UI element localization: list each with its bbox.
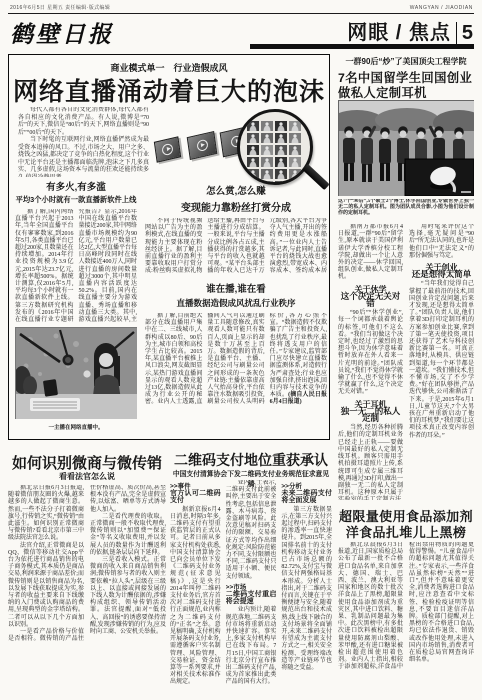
section-title: 网眼 / 焦点5 [347, 16, 474, 45]
folio-english: WANGYAN / JIAODIAN [410, 5, 473, 11]
qrcode-c2-body1: 业内人士表示,二维码支付此前被叫停,主要出于安全性考虑,包括信息泄露、木马病毒、… [226, 480, 277, 581]
subhead-erji-title: 独一无二的私人定制 [338, 408, 403, 422]
earphone-inset-photo [405, 159, 474, 196]
qrcode-col-2: 业内人士表示,二维码支付此前被叫停,主要出于安全性考虑,包括信息泄露、木马病毒、… [226, 480, 277, 696]
webcam-tile [261, 169, 273, 179]
play-icon [161, 143, 173, 156]
webcam-tile [261, 133, 273, 143]
startup-col-2: 用时髦来评价这个选择,毫无疑问是“90后”所无法认同的,也许是他们口中“无法定义… [409, 224, 474, 500]
lead-headline: 网络直播涌动着巨大的泡沫 [9, 72, 329, 108]
sec2-body-text: 不同于传统视频网站以广告为主的盈利模式,在线直播的变现能力主要体现在粉丝经济上。… [145, 218, 327, 282]
qrcode-c2-body2: 业内预计,随着规范落地,二维码支付市场将重新启动并快速扩容。事实上,多家支付机构… [226, 607, 277, 686]
sec2-body: 不同于传统视频网站以广告为主的盈利模式,在线直播的变现能力主要体现在粉丝经济上。… [145, 218, 327, 282]
startup-headline-2: 做私人定制耳机 [338, 83, 427, 101]
header-rule [8, 13, 474, 14]
startup-c1-p1: 据南方都市报6月4日报道,一群“90后”留学生,原本就读于美国伊利诺伊大学香槟分… [338, 224, 403, 282]
weishang-p2: 法官介绍,正常微商是以QQ、微信等移动社交App平台为依托进行商品销售的电子商务… [8, 543, 84, 629]
masthead-logo: 鹤壁日报 [10, 16, 114, 49]
sec1-body-text: 据了解,国内网络直播平台兴起于2013年,当年全国直播平台仅有寥寥数家,到201… [15, 209, 137, 327]
webcam-tile [275, 157, 287, 167]
page-number: 5 [456, 22, 474, 44]
webcam-tile [247, 121, 259, 131]
tag-market-title: 二维码支付重启 将会提速 [226, 591, 277, 605]
qrcode-body: >>事件 官方认可二维码支付 据新京报6月4日消息,时隔3年多,二维码支付有望重… [170, 480, 332, 696]
lead-section-3: 谁在播,谁在看 直播数据造假成风扰乱行业秩序 据了解,目前绝大部分在线直播用户集… [145, 281, 327, 433]
webcam-tile [275, 133, 287, 143]
sec2-subtitle: 变现能力靠粉丝打赏分成 [145, 199, 327, 214]
subhead-chuangye-title: 还是想得太简单 [409, 271, 474, 278]
sec2-title: 怎么赏,怎么赚 [145, 183, 327, 197]
monitor-screen [154, 136, 181, 162]
weishang-article: 如何识别微商与微传销 看看法官怎么说 据北京日报6月3日报道,随着微信朋友圈的火… [8, 448, 166, 698]
date-line: 2016年6月5日 星期五 责任编辑·版式编辑 [10, 4, 110, 11]
header-thick-bar [250, 44, 474, 49]
weishang-subtitle: 看看法官怎么说 [8, 471, 166, 482]
sec3-body: 据了解,目前绝大部分在线直播用户集中在二、三线城市,人群构成以80后、90后为主… [145, 313, 327, 433]
webcam-tile [247, 169, 259, 179]
startup-c2-p2: “当年我们觉得自己掌握了最前沿的技术,回国创业肯定没问题,后来才发现,还是想得太… [409, 281, 474, 439]
weishang-p5: 三是看收入模式。正常微商的收入来自商品销售利润;微传销参与者的收入则主要依赖“拉… [90, 557, 166, 636]
group-photo-caption: 这7个“90后”,5个硕士2个博士,休学回国创业,专做世界上独一无二的私人定制耳… [338, 199, 474, 222]
lead-section-1: 有多火,有多滥 平均3个小时就有一款直播新软件上线 据了解,国内网络直播平台兴起… [15, 179, 137, 327]
startup-c1-p3: 当然,经历各种折腾后,他们的定制耳机业务已经走上正轨——要做中国最好的私人定制无… [338, 425, 403, 500]
sec3-body-text: 据了解,目前绝大部分在线直播用户集中在二、三线城市,人群构成以80后、90后为主… [145, 313, 327, 407]
lead-section-2: 怎么赏,怎么赚 变现能力靠粉丝打赏分成 不同于传统视频网站以广告为主的盈利模式,… [145, 183, 327, 282]
webcam-tile [247, 133, 259, 143]
lead-article: 商业模式单一 行业造假成风 网络直播涌动着巨大的泡沫 每代人都有各自的文化消费群… [8, 54, 330, 440]
webcam-tile [261, 121, 273, 131]
weishang-body: 据北京日报6月3日报道,随着微信朋友圈的火爆,越来越多的人做起了微商生意。然而,… [8, 485, 166, 696]
play-icon [196, 139, 208, 152]
weishang-p1: 据北京日报6月3日报道,随着微信朋友圈的火爆,越来越多的人做起了微商生意。然而,… [8, 485, 84, 543]
startup-c2-p1: 用时髦来评价这个选择,毫无疑问是“90后”所无法认同的,也许是他们口中“无法定义… [409, 224, 474, 260]
startup-c1-p2: “90后”“休学创业”,每一个词都承载着舆论的标签,可他们不这么看。“我们当初做… [338, 310, 403, 396]
tag-analysis-title: 未来二维码支付 将全面发展 [281, 490, 332, 504]
streamer-photo-caption: 一主播在网络直播中。 [15, 423, 137, 431]
webcam-tile [261, 145, 273, 155]
sec3-title: 谁在播,谁在看 [145, 281, 327, 295]
webcam-tile [289, 157, 301, 167]
webcam-tile [289, 169, 301, 179]
section-name: 网眼 / 焦点 [347, 22, 451, 44]
food-headline-2: 洋食品扎堆儿上黑榜 [338, 522, 474, 541]
lead-intro: 每代人都有各自的文化消费群体,每代人都有各自相应的文化消费产品。有人说,微博是“… [18, 107, 149, 177]
qrcode-headline: 二维码支付地位重获承认 [170, 450, 332, 470]
food-body-text: 据北京晨报6月3日报道,近日,国家质检总局公布了最新一批不合格进口食品名单,来自… [338, 542, 474, 672]
sec1-body: 据了解,国内网络直播平台兴起于2013年,当年全国直播平台仅有寥寥数家,到201… [15, 209, 137, 327]
startup-kicker: 一群90后“炒”了美国顶尖工程学院 [338, 56, 474, 67]
startup-col-1: 据南方都市报6月4日报道,一群“90后”留学生,原本就读于美国伊利诺伊大学香槟分… [338, 224, 403, 500]
streamer-photo [15, 327, 137, 419]
food-body: 据北京晨报6月3日报道,近日,国家质检总局公布了最新一批不合格进口食品名单,来自… [338, 542, 474, 696]
magnifier-lens [237, 109, 313, 185]
group-photo [338, 100, 474, 196]
webcam-tile [289, 121, 301, 131]
webcam-tile [289, 133, 301, 143]
tag-market: >>市场 [226, 584, 277, 591]
tag-event-title: 官方认可二维码支付 [170, 490, 221, 504]
qrcode-article: 二维码支付地位重获承认 中国支付清算协会下发二维码支付业务规范征求意见稿 >>事… [170, 448, 332, 698]
qrcode-col-1: >>事件 官方认可二维码支付 据新京报6月4日消息,时隔3年多,二维码支付有望重… [170, 480, 221, 696]
webcam-tile [275, 169, 287, 179]
webcam-tile [289, 145, 301, 155]
weishang-p4: 二是看代理费的收取。正常微商一般不收取代理费,微传销则以“加盟费”“保证金”等名… [90, 514, 166, 557]
webcam-tile [261, 157, 273, 167]
food-article: 超限量使用食品添加剂 洋食品扎堆儿上黑榜 据北京晨报6月3日报道,近日,国家质检… [338, 502, 474, 698]
subhead-xiuxue-title: 这个决定无关对错 [338, 293, 403, 307]
qrcode-c3-body: 第三方数据显示,在第三方支付兴起过程中,扫码支付的渗透率一直快速提升。到2015… [281, 507, 332, 673]
qrcode-c1-body: 据新京报6月4日消息,时隔3年多,二维码支付有望重获监管层的正式认可。记者日前从… [170, 507, 221, 687]
sec1-title: 有多火,有多滥 [15, 179, 137, 193]
lead-intro-p2: 当下时髦的互联网行业,网络直播俨然成为最受资本追捧的风口。不过,市场之大、用户之… [18, 137, 149, 177]
lead-intro-p1: 每代人都有各自的文化消费群体,每代人都有各自相应的文化消费产品。有人说,微博是“… [18, 107, 149, 137]
startup-article: 一群90后“炒”了美国顶尖工程学院 7名中国留学生回国创业 做私人定制耳机 [338, 54, 474, 500]
webcam-tile [247, 145, 259, 155]
sec3-subtitle: 直播数据造假成风扰乱行业秩序 [145, 297, 327, 309]
lead-illustration [151, 105, 329, 191]
newspaper-page: { "colors": { "ink": "#111111", "paper":… [0, 0, 482, 700]
webcam-tile [247, 157, 259, 167]
weishang-headline: 如何识别微商与微传销 [8, 452, 166, 473]
webcam-tile [275, 121, 287, 131]
qrcode-col-3: >>分析 未来二维码支付 将全面发展 第三方数据显示,在第三方支付兴起过程中,扫… [281, 480, 332, 696]
sec1-subtitle: 平均3个小时就有一款直播新软件上线 [15, 195, 137, 205]
startup-body: 据南方都市报6月4日报道,一群“90后”留学生,原本就读于美国伊利诺伊大学香槟分… [338, 224, 474, 500]
monitor-screen [187, 131, 218, 160]
webcam-tile [275, 145, 287, 155]
